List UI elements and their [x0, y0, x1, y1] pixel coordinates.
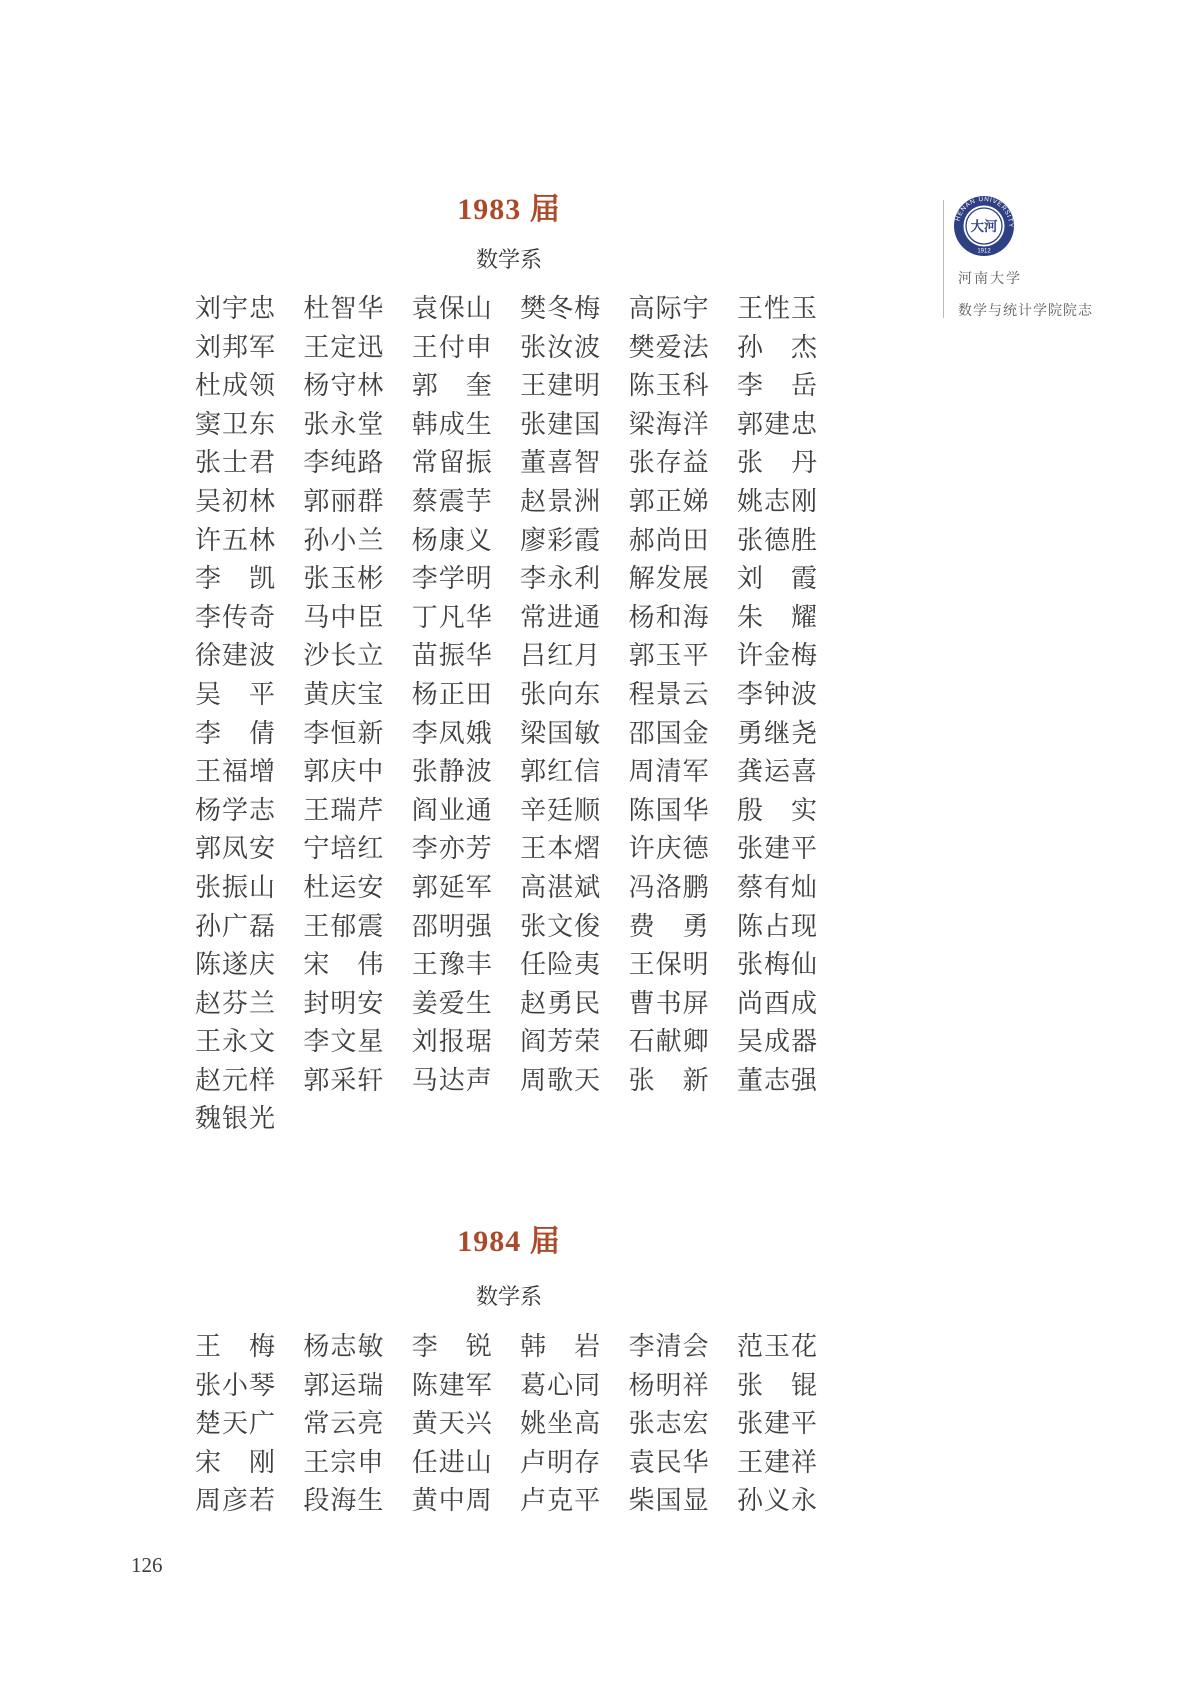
person-name: 柴国显: [629, 1482, 715, 1521]
person-name: 郭建忠: [737, 406, 823, 445]
person-name: 宋 刚: [195, 1444, 281, 1483]
person-name: 张永堂: [303, 406, 389, 445]
person-name: 张建平: [737, 830, 823, 869]
person-name: 杨正田: [412, 676, 498, 715]
person-name: 董志强: [737, 1062, 823, 1101]
person-name: 解发展: [629, 560, 715, 599]
person-name: 张梅仙: [737, 946, 823, 985]
person-name: 程景云: [629, 676, 715, 715]
person-name: 樊爱法: [629, 329, 715, 368]
person-name: 邵明强: [412, 908, 498, 947]
person-name: 孙广磊: [195, 908, 281, 947]
person-name: 卢克平: [520, 1482, 606, 1521]
person-name: 李钟波: [737, 676, 823, 715]
person-name: 李纯路: [303, 444, 389, 483]
person-name: 任进山: [412, 1444, 498, 1483]
logo-seal-text: 大河: [971, 218, 999, 234]
person-name: 王福增: [195, 753, 281, 792]
person-name: 李 倩: [195, 715, 281, 754]
person-name: 黄中周: [412, 1482, 498, 1521]
person-name: 范玉花: [737, 1328, 823, 1367]
person-name: 陈玉科: [629, 367, 715, 406]
department-title-1984: 数学系: [195, 1282, 823, 1312]
person-name: 马达声: [412, 1062, 498, 1101]
person-name: 杨和海: [629, 599, 715, 638]
person-name: 黄庆宝: [303, 676, 389, 715]
person-name: 孙 杰: [737, 329, 823, 368]
person-name: 王永文: [195, 1023, 281, 1062]
person-name: 杜运安: [303, 869, 389, 908]
person-name: 石献卿: [629, 1023, 715, 1062]
person-name: 张建平: [737, 1405, 823, 1444]
year-title-1984: 1984 届: [195, 1222, 823, 1262]
person-name: 郭庆中: [303, 753, 389, 792]
person-name: 曹书屏: [629, 985, 715, 1024]
person-name: 魏银光: [195, 1100, 281, 1139]
person-name: 张静波: [412, 753, 498, 792]
person-name: 张德胜: [737, 522, 823, 561]
names-grid-1983: 刘宇忠杜智华袁保山樊冬梅高际宇王性玉刘邦军王定迅王付申张汝波樊爱法孙 杰杜成领杨…: [195, 290, 823, 1139]
person-name: 朱 耀: [737, 599, 823, 638]
person-name: 王本熠: [520, 830, 606, 869]
person-name: 周彦若: [195, 1482, 281, 1521]
person-name: 张汝波: [520, 329, 606, 368]
person-name: 蔡有灿: [737, 869, 823, 908]
person-name: 郭丽群: [303, 483, 389, 522]
person-name: 常进通: [520, 599, 606, 638]
person-name: 王 梅: [195, 1328, 281, 1367]
person-name: 姚志刚: [737, 483, 823, 522]
person-name: 赵勇民: [520, 985, 606, 1024]
person-name: 张玉彬: [303, 560, 389, 599]
person-name: 郭正娣: [629, 483, 715, 522]
person-name: 赵元样: [195, 1062, 281, 1101]
university-seal-icon: HENAN UNIVERSITY 1912 大河: [952, 194, 1016, 258]
person-name: 葛心同: [520, 1367, 606, 1406]
person-name: 李清会: [629, 1328, 715, 1367]
person-name: 杨学志: [195, 792, 281, 831]
person-name: 殷 实: [737, 792, 823, 831]
person-name: 蔡震芋: [412, 483, 498, 522]
person-name: 张小琴: [195, 1367, 281, 1406]
person-name: 陈国华: [629, 792, 715, 831]
person-name: 段海生: [303, 1482, 389, 1521]
person-name: 李传奇: [195, 599, 281, 638]
person-name: 李学明: [412, 560, 498, 599]
person-name: 陈占现: [737, 908, 823, 947]
person-name: 梁国敏: [520, 715, 606, 754]
person-name: 董喜智: [520, 444, 606, 483]
person-name: 阎业通: [412, 792, 498, 831]
person-name: 任险夷: [520, 946, 606, 985]
person-name: 郭运瑞: [303, 1367, 389, 1406]
person-name: 袁保山: [412, 290, 498, 329]
person-name: 梁海洋: [629, 406, 715, 445]
person-name: 李凤娥: [412, 715, 498, 754]
sidebar-university-name: 河南大学: [958, 268, 1022, 288]
person-name: 韩成生: [412, 406, 498, 445]
person-name: 吕红月: [520, 637, 606, 676]
person-name: 郭 奎: [412, 367, 498, 406]
person-name: 沙长立: [303, 637, 389, 676]
person-name: 张 新: [629, 1062, 715, 1101]
person-name: 姚坐高: [520, 1405, 606, 1444]
person-name: 常留振: [412, 444, 498, 483]
person-name: 廖彩霞: [520, 522, 606, 561]
person-name: 尚酉成: [737, 985, 823, 1024]
person-name: 张 丹: [737, 444, 823, 483]
person-name: 张建国: [520, 406, 606, 445]
person-name: 孙义永: [737, 1482, 823, 1521]
person-name: 杜成领: [195, 367, 281, 406]
person-name: 赵景洲: [520, 483, 606, 522]
page-number: 126: [131, 1553, 163, 1578]
person-name: 袁民华: [629, 1444, 715, 1483]
person-name: 张士君: [195, 444, 281, 483]
section-1984: 1984 届 数学系 王 梅杨志敏李 锐韩 岩李清会范玉花张小琴郭运瑞陈建军葛心…: [195, 1222, 823, 1521]
person-name: 李 锐: [412, 1328, 498, 1367]
person-name: 宁培红: [303, 830, 389, 869]
person-name: 费 勇: [629, 908, 715, 947]
person-name: 张振山: [195, 869, 281, 908]
person-name: 李恒新: [303, 715, 389, 754]
person-name: 许金梅: [737, 637, 823, 676]
person-name: 杨明祥: [629, 1367, 715, 1406]
person-name: 孙小兰: [303, 522, 389, 561]
person-name: 许庆德: [629, 830, 715, 869]
person-name: 刘邦军: [195, 329, 281, 368]
person-name: 郭采轩: [303, 1062, 389, 1101]
person-name: 王付申: [412, 329, 498, 368]
person-name: 杨志敏: [303, 1328, 389, 1367]
person-name: 王宗申: [303, 1444, 389, 1483]
person-name: 刘 霞: [737, 560, 823, 599]
person-name: 吴 平: [195, 676, 281, 715]
person-name: 高际宇: [629, 290, 715, 329]
person-name: 吴初林: [195, 483, 281, 522]
person-name: 杨康义: [412, 522, 498, 561]
person-name: 冯洛鹏: [629, 869, 715, 908]
person-name: 王建祥: [737, 1444, 823, 1483]
person-name: 周歌天: [520, 1062, 606, 1101]
person-name: 王建明: [520, 367, 606, 406]
person-name: 张文俊: [520, 908, 606, 947]
henan-university-logo: HENAN UNIVERSITY 1912 大河: [952, 194, 1016, 258]
person-name: 郭红信: [520, 753, 606, 792]
person-name: 杜智华: [303, 290, 389, 329]
person-name: 赵芬兰: [195, 985, 281, 1024]
person-name: 李亦芳: [412, 830, 498, 869]
person-name: 勇继尧: [737, 715, 823, 754]
person-name: 郝尚田: [629, 522, 715, 561]
sidebar-book-title: 数学与统计学院院志: [958, 300, 1093, 320]
person-name: 刘报琚: [412, 1023, 498, 1062]
person-name: 黄天兴: [412, 1405, 498, 1444]
person-name: 李 岳: [737, 367, 823, 406]
person-name: 陈建军: [412, 1367, 498, 1406]
person-name: 邵国金: [629, 715, 715, 754]
person-name: 徐建波: [195, 637, 281, 676]
person-name: 李 凯: [195, 560, 281, 599]
year-title-1983: 1983 届: [195, 190, 823, 230]
person-name: 王保明: [629, 946, 715, 985]
person-name: 卢明存: [520, 1444, 606, 1483]
person-name: 刘宇忠: [195, 290, 281, 329]
logo-year-text: 1912: [977, 249, 991, 255]
person-name: 郭凤安: [195, 830, 281, 869]
person-name: 张向东: [520, 676, 606, 715]
person-name: 韩 岩: [520, 1328, 606, 1367]
document-page: 1983 届 数学系 刘宇忠杜智华袁保山樊冬梅高际宇王性玉刘邦军王定迅王付申张汝…: [0, 0, 1190, 1684]
person-name: 苗振华: [412, 637, 498, 676]
person-name: 王豫丰: [412, 946, 498, 985]
sidebar-divider-rule: [943, 200, 944, 318]
person-name: 龚运喜: [737, 753, 823, 792]
person-name: 郭玉平: [629, 637, 715, 676]
person-name: 王定迅: [303, 329, 389, 368]
names-grid-1984: 王 梅杨志敏李 锐韩 岩李清会范玉花张小琴郭运瑞陈建军葛心同杨明祥张 锟楚天广常…: [195, 1328, 823, 1521]
person-name: 张志宏: [629, 1405, 715, 1444]
person-name: 马中臣: [303, 599, 389, 638]
page-content: 1983 届 数学系 刘宇忠杜智华袁保山樊冬梅高际宇王性玉刘邦军王定迅王付申张汝…: [195, 190, 823, 1521]
person-name: 吴成器: [737, 1023, 823, 1062]
person-name: 许五林: [195, 522, 281, 561]
person-name: 张存益: [629, 444, 715, 483]
person-name: 郭延军: [412, 869, 498, 908]
section-1983: 1983 届 数学系 刘宇忠杜智华袁保山樊冬梅高际宇王性玉刘邦军王定迅王付申张汝…: [195, 190, 823, 1139]
person-name: 李永利: [520, 560, 606, 599]
person-name: 高湛斌: [520, 869, 606, 908]
person-name: 樊冬梅: [520, 290, 606, 329]
person-name: 周清军: [629, 753, 715, 792]
person-name: 李文星: [303, 1023, 389, 1062]
person-name: 封明安: [303, 985, 389, 1024]
person-name: 楚天广: [195, 1405, 281, 1444]
person-name: 宋 伟: [303, 946, 389, 985]
person-name: 常云亮: [303, 1405, 389, 1444]
person-name: 辛廷顺: [520, 792, 606, 831]
person-name: 阎芳荣: [520, 1023, 606, 1062]
person-name: 杨守林: [303, 367, 389, 406]
person-name: 张 锟: [737, 1367, 823, 1406]
person-name: 姜爱生: [412, 985, 498, 1024]
person-name: 丁凡华: [412, 599, 498, 638]
person-name: 王性玉: [737, 290, 823, 329]
person-name: 窦卫东: [195, 406, 281, 445]
person-name: 陈遂庆: [195, 946, 281, 985]
department-title-1983: 数学系: [195, 245, 823, 275]
person-name: 王瑞芹: [303, 792, 389, 831]
person-name: 王郁震: [303, 908, 389, 947]
